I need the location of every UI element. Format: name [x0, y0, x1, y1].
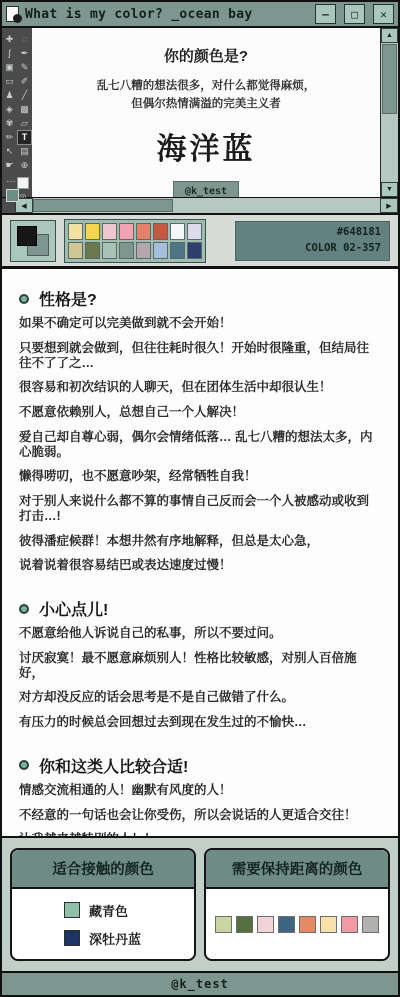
stamp-tool-icon[interactable]: ◈ — [3, 103, 16, 116]
section-title-text: 性格是? — [39, 287, 97, 310]
eraser-tool-icon[interactable]: ▱ — [18, 117, 31, 130]
swatch-row-1 — [68, 223, 202, 240]
vertical-scroll-track[interactable] — [381, 115, 398, 182]
marquee-tool-icon[interactable]: ◌ — [18, 33, 31, 46]
color-swatch[interactable] — [136, 223, 151, 240]
color-code-value: COLOR 02-357 — [305, 241, 381, 257]
paragraph: 对方却没反应的话会思考是不是自己做错了什么。 — [19, 690, 381, 705]
color-swatch[interactable] — [68, 242, 83, 259]
foreground-color-swatch[interactable] — [6, 189, 19, 202]
color-chip-label: 深牡丹蓝 — [89, 929, 141, 948]
minimize-button[interactable]: — — [315, 4, 336, 24]
tool-palette: ✚ ◌ ʃ ✒ ▣ ✎ ▭ ✐ ♟ ╱ — [2, 28, 32, 197]
toolbar-overflow-icon[interactable]: … — [2, 174, 16, 185]
footer-bar: @k_test — [2, 971, 398, 995]
minimize-icon: — — [322, 9, 329, 20]
color-swatch[interactable] — [119, 223, 134, 240]
distance-colors-card: 需要保持距离的颜色 — [204, 848, 390, 961]
color-chip — [64, 902, 80, 918]
color-chip — [64, 930, 80, 946]
window-title: What is my color? _ocean bay — [25, 7, 307, 22]
paragraph: 彼得潘症候群！本想井然有序地解释，但总是太心急， — [19, 534, 381, 549]
suitable-colors-title: 适合接触的颜色 — [12, 850, 194, 889]
close-icon: ✕ — [380, 9, 387, 20]
document-icon — [6, 6, 19, 22]
color-swatch[interactable] — [153, 242, 168, 259]
color-swatch[interactable] — [119, 242, 134, 259]
horizontal-scrollbar[interactable]: ◀ ▶ — [2, 198, 398, 215]
text-tool-icon[interactable]: T — [18, 131, 31, 144]
color-swatch[interactable] — [170, 223, 185, 240]
horizontal-scroll-thumb[interactable] — [33, 199, 173, 212]
arrow-left-icon: ◀ — [21, 202, 26, 210]
color-chip — [299, 916, 316, 933]
color-name-title: 海洋蓝 — [157, 124, 256, 168]
vertical-scroll-thumb[interactable] — [382, 44, 397, 114]
color-swatch[interactable] — [85, 242, 100, 259]
suitable-colors-list: 藏青色 深牡丹蓝 — [12, 889, 194, 959]
color-hex-value: #648181 — [337, 225, 381, 241]
color-chip — [341, 916, 358, 933]
arrow-right-icon: ▶ — [386, 202, 391, 210]
current-foreground-swatch[interactable] — [17, 226, 37, 246]
figure-tool-icon[interactable]: ♟ — [3, 89, 16, 102]
color-swatch[interactable] — [187, 223, 202, 240]
color-swatch[interactable] — [187, 242, 202, 259]
scroll-down-button[interactable]: ▼ — [381, 182, 398, 197]
color-chip — [320, 916, 337, 933]
workspace: ✚ ◌ ʃ ✒ ▣ ✎ ▭ ✐ ♟ ╱ — [2, 28, 398, 198]
crop-tool-icon[interactable]: ▣ — [3, 61, 16, 74]
section-personality-paragraphs: 如果不确定可以完美做到就不会开始！只要想到就会做到，但往往耗时很久！开始时很隆重… — [19, 316, 381, 573]
scroll-right-button[interactable]: ▶ — [380, 198, 398, 213]
section-caution-paragraphs: 不愿意给他人诉说自己的私事，所以不要过问。讨厌寂寞！最不愿意麻烦别人！性格比较敏… — [19, 626, 381, 730]
color-palette-bar: #648181 COLOR 02-357 — [2, 215, 398, 269]
color-chip — [257, 916, 274, 933]
background-color-swatch[interactable] — [17, 177, 29, 189]
color-advice-section: 适合接触的颜色 藏青色 深牡丹蓝 需要保持距离的颜色 — [2, 836, 398, 971]
pencil-tool-icon[interactable]: ✏ — [3, 131, 16, 144]
swatch-row-2 — [68, 242, 202, 259]
arrow-down-icon: ▼ — [386, 186, 393, 193]
canvas-subtitle-line1: 乱七八糟的想法很多，对什么都觉得麻烦， — [97, 78, 316, 96]
section-title-text: 小心点儿! — [39, 597, 108, 620]
paragraph: 讨厌寂寞！最不愿意麻烦别人！性格比较敏感，对别人百倍施好， — [19, 651, 381, 681]
gradient-tool-icon[interactable]: ▩ — [18, 103, 31, 116]
bullet-dot-icon — [19, 294, 29, 304]
section-title-text: 你和这类人比较合适! — [39, 754, 188, 777]
paragraph: 对于别人来说什么都不算的事情自己反而会一个人被感动或收到打击…! — [19, 494, 381, 524]
paragraph: 不愿意给他人诉说自己的私事，所以不要过问。 — [19, 626, 381, 641]
section-compatible-paragraphs: 情感交流相通的人！幽默有风度的人！不经意的一句话也会让你受伤，所以会说话的人更适… — [19, 783, 381, 836]
color-swatch[interactable] — [170, 242, 185, 259]
image-canvas[interactable]: 你的颜色是? 乱七八糟的想法很多，对什么都觉得麻烦， 但偶尔热情满溢的完美主义者… — [32, 28, 381, 197]
suitable-color-item: 藏青色 — [64, 901, 128, 920]
scroll-up-button[interactable]: ▲ — [381, 28, 398, 43]
paragraph: 只要想到就会做到，但往往耗时很久！开始时很隆重，但结局往往不了了之… — [19, 341, 381, 371]
arrow-up-icon: ▲ — [386, 32, 393, 39]
result-content: 性格是? 如果不确定可以完美做到就不会开始！只要想到就会做到，但往往耗时很久！开… — [2, 269, 398, 836]
paragraph: 情感交流相通的人！幽默有风度的人！ — [19, 783, 381, 798]
eyedropper-tool-icon[interactable]: ✒ — [18, 47, 31, 60]
vertical-scrollbar[interactable]: ▲ ▼ — [381, 28, 398, 197]
move-tool-icon[interactable]: ✚ — [3, 33, 16, 46]
app-window: What is my color? _ocean bay — □ ✕ ✚ ◌ ʃ… — [0, 0, 400, 997]
canvas-prompt-text: 你的颜色是? — [164, 45, 248, 66]
color-swatch[interactable] — [136, 242, 151, 259]
color-swatch[interactable] — [153, 223, 168, 240]
paragraph: 懒得唠叨，也不愿意吵架，经常牺牲自我！ — [19, 469, 381, 484]
section-title-compatible: 你和这类人比较合适! — [19, 754, 381, 777]
canvas-credit-badge: @k_test — [173, 181, 239, 197]
title-bar[interactable]: What is my color? _ocean bay — □ ✕ — [2, 2, 398, 28]
color-swatch[interactable] — [85, 223, 100, 240]
close-button[interactable]: ✕ — [373, 4, 394, 24]
section-title-personality: 性格是? — [19, 287, 381, 310]
color-chip-label: 藏青色 — [89, 901, 128, 920]
paragraph: 不经意的一句话也会让你受伤，所以会说话的人更适合交往！ — [19, 808, 381, 823]
section-title-caution: 小心点儿! — [19, 597, 381, 620]
color-chip — [362, 916, 379, 933]
color-chip — [215, 916, 232, 933]
paragraph: 爱自己却自尊心弱，偶尔会情绪低落… 乱七八糟的想法太多，内心脆弱。 — [19, 430, 381, 460]
tool-grid: ✚ ◌ ʃ ✒ ▣ ✎ ▭ ✐ ♟ ╱ — [3, 33, 31, 172]
frame-tool-icon[interactable]: ▭ — [3, 75, 16, 88]
pen-tool-icon[interactable]: ✐ — [18, 75, 31, 88]
zoom-tool-icon[interactable]: ⊕ — [18, 159, 31, 172]
cursor-tool-icon[interactable]: ↖ — [3, 145, 16, 158]
maximize-icon: □ — [351, 9, 358, 20]
distance-chip-row — [211, 916, 383, 933]
distance-colors-title: 需要保持距离的颜色 — [206, 850, 388, 889]
color-swatch[interactable] — [102, 223, 117, 240]
color-chip — [278, 916, 295, 933]
artboard-tool-icon[interactable]: ▤ — [18, 145, 31, 158]
line-tool-icon[interactable]: ╱ — [18, 89, 31, 102]
distance-colors-list — [206, 889, 388, 959]
smudge-tool-icon[interactable]: ✾ — [3, 117, 16, 130]
color-selector[interactable] — [10, 220, 56, 262]
paragraph: 说着说着很容易结巴或表达速度过慢！ — [19, 558, 381, 573]
paragraph: 不愿意依赖别人，总想自己一个人解决！ — [19, 405, 381, 420]
color-swatch[interactable] — [102, 242, 117, 259]
brush-tool-icon[interactable]: ✎ — [18, 61, 31, 74]
lasso-tool-icon[interactable]: ʃ — [3, 47, 16, 60]
swatch-grid — [64, 219, 206, 263]
color-chip — [236, 916, 253, 933]
paragraph: 有压力的时候总会回想过去到现在发生过的不愉快… — [19, 715, 381, 730]
bullet-dot-icon — [19, 604, 29, 614]
footer-handle: @k_test — [171, 977, 229, 991]
canvas-subtitle: 乱七八糟的想法很多，对什么都觉得麻烦， 但偶尔热情满溢的完美主义者 — [97, 78, 316, 114]
suitable-colors-card: 适合接触的颜色 藏青色 深牡丹蓝 — [10, 848, 196, 961]
hand-tool-icon[interactable]: ☛ — [3, 159, 16, 172]
maximize-button[interactable]: □ — [344, 4, 365, 24]
suitable-color-item: 深牡丹蓝 — [64, 929, 141, 948]
canvas-subtitle-line2: 但偶尔热情满溢的完美主义者 — [97, 96, 316, 114]
horizontal-scroll-track[interactable] — [173, 198, 380, 213]
paragraph: 很容易和初次结识的人聊天，但在团体生活中却很认生！ — [19, 380, 381, 395]
paragraph: 如果不确定可以完美做到就不会开始！ — [19, 316, 381, 331]
color-info-box: #648181 COLOR 02-357 — [235, 221, 390, 261]
color-swatch[interactable] — [68, 223, 83, 240]
bullet-dot-icon — [19, 760, 29, 770]
